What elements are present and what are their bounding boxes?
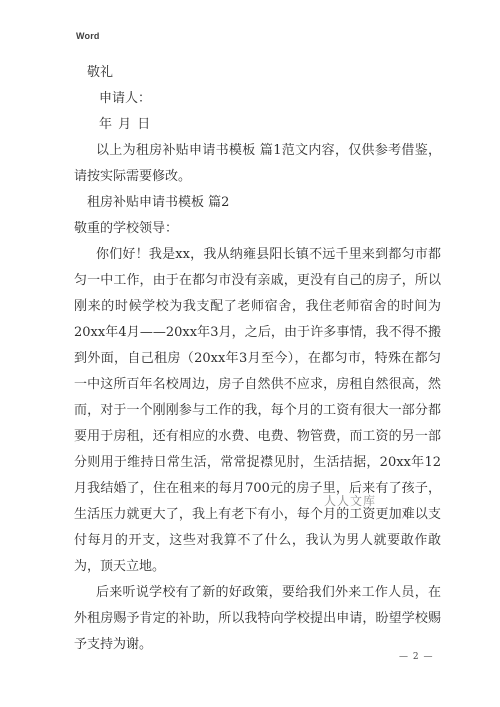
page-number: — 2 — bbox=[399, 652, 433, 662]
body-paragraph-2: 后来听说学校有了新的好政策，要给我们外来工作人员，在外租房赐予肯定的补助，所以我… bbox=[74, 580, 441, 658]
applicant-signature-line: 申请人： bbox=[74, 86, 441, 112]
body-paragraph-1: 你们好！我是xx，我从纳雍县阳长镇不远千里来到都匀市都匀一中工作，由于在都匀市没… bbox=[74, 242, 441, 580]
document-body: 敬礼 申请人： 年 月 日 以上为租房补贴申请书模板 篇1范文内容，仅供参考借鉴… bbox=[74, 60, 441, 658]
document-page: Word 敬礼 申请人： 年 月 日 以上为租房补贴申请书模板 篇1范文内容，仅… bbox=[0, 0, 500, 707]
letter-salutation: 敬重的学校领导： bbox=[74, 216, 441, 242]
date-line: 年 月 日 bbox=[74, 112, 441, 138]
site-watermark: 人人文库 bbox=[324, 495, 376, 508]
template-note-paragraph: 以上为租房补贴申请书模板 篇1范文内容，仅供参考借鉴，请按实际需要修改。 bbox=[74, 138, 441, 190]
section-title: 租房补贴申请书模板 篇2 bbox=[74, 190, 441, 216]
letter-closing: 敬礼 bbox=[74, 60, 441, 86]
word-format-badge: Word bbox=[76, 31, 100, 41]
